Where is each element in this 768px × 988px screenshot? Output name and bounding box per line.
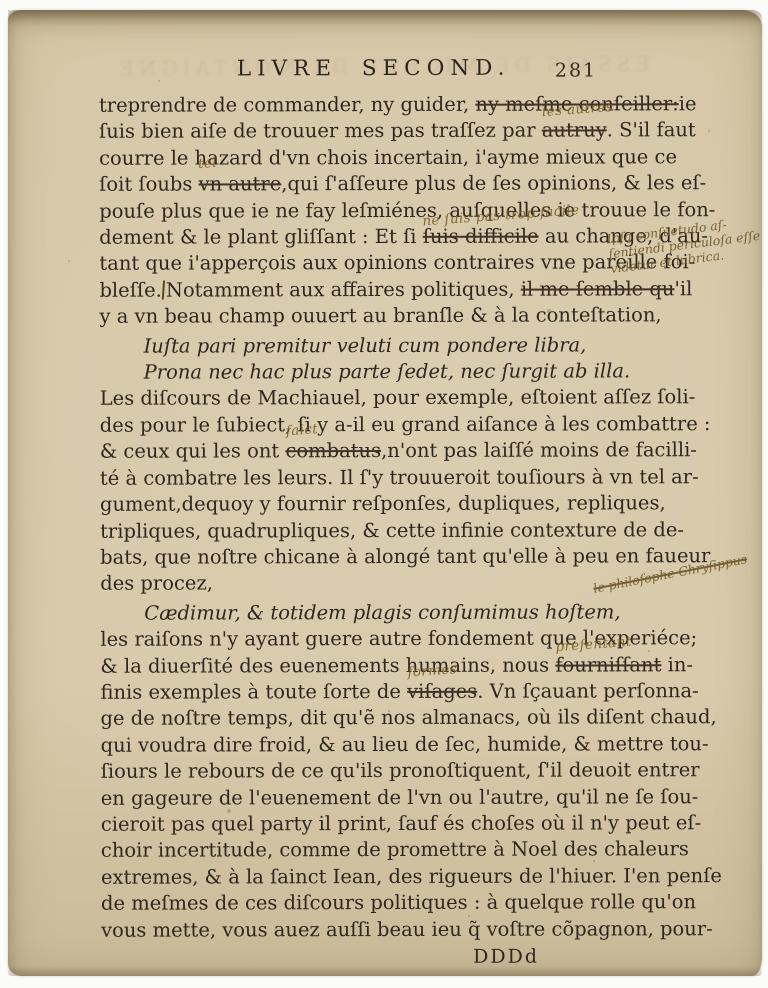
scan-viewport: ESSAIS DE MICHEL DE MONTAIGNE LIVRE SECO… xyxy=(0,0,768,988)
text-block: LIVRE SECOND. 281 treprendre de commande… xyxy=(99,49,679,971)
struck-print-text: il me ſemble qu xyxy=(521,277,675,300)
handwritten-correction: faict xyxy=(285,423,318,438)
book-page: ESSAIS DE MICHEL DE MONTAIGNE LIVRE SECO… xyxy=(8,10,762,976)
print-text: cieroit pas quel party il print, ſauf és… xyxy=(101,811,701,836)
print-text: té à combatre les leurs. Il ſ'y trouuero… xyxy=(100,465,699,490)
print-text: Cædimur, & totidem plagis conſumimus hoſ… xyxy=(144,600,620,624)
text-line: qui voudra dire froid, & au lieu de ſec,… xyxy=(101,731,679,759)
correction-anchor: combatusfaict xyxy=(285,439,381,462)
print-text: bleſſe. xyxy=(99,278,161,301)
handwritten-correction: formes xyxy=(407,663,458,680)
print-text: de meſmes de ces diſcours politiques : à… xyxy=(101,890,696,915)
struck-print-text: autruy xyxy=(542,119,607,142)
print-text: . Vn ſçauant perſonna- xyxy=(477,679,698,703)
print-text: courre le hazard d'vn chois incertain, i… xyxy=(99,145,677,170)
print-text: gument,dequoy y fournir reſponſes, dupli… xyxy=(100,491,666,515)
print-text: tant que i'apperçois aux opinions contra… xyxy=(99,251,695,276)
running-header: LIVRE SECOND. 281 xyxy=(99,49,677,93)
correction-anchor: autruyles autres xyxy=(542,119,607,142)
text-line: bleſſe.Notamment aux affaires politiques… xyxy=(99,276,677,304)
text-line: Prona nec hac plus parte ſedet, nec ſurg… xyxy=(100,358,678,386)
text-line: ſuis bien aiſe de trouuer mes pas traſſe… xyxy=(99,118,677,146)
print-text: Les diſcours de Machiauel, pour exemple,… xyxy=(100,386,696,411)
print-text: ſiours le rebours de ce qu'ils pronoſtiq… xyxy=(101,758,700,783)
print-text: & ceux qui les ont xyxy=(100,440,286,463)
print-text: ſuis bien aiſe de trouuer mes pas traſſe… xyxy=(99,119,542,143)
text-line: extremes, & à la ſainct Iean, des rigueu… xyxy=(101,863,679,891)
text-line: vous mette, vous auez auſſi beau ieu q̃ … xyxy=(101,916,679,944)
text-line: & la diuerſité des euenements humains, n… xyxy=(100,652,678,680)
print-text: finis exemples à toute ſorte de xyxy=(100,680,407,704)
print-text: Iuſta pari premitur veluti cum pondere l… xyxy=(144,333,587,357)
handwritten-correction: tel xyxy=(198,157,218,171)
print-text: des procez, xyxy=(100,572,213,595)
print-text: . S'il faut xyxy=(607,119,696,142)
print-text: ſoit ſoubs xyxy=(99,173,198,196)
print-text: treprendre de commander, ny guider, xyxy=(99,93,476,117)
print-text: ie xyxy=(679,92,697,115)
print-text: Prona nec hac plus parte ſedet, nec ſurg… xyxy=(144,359,631,383)
text-line: Cædimur, & totidem plagis conſumimus hoſ… xyxy=(100,599,678,627)
print-text: extremes, & à la ſainct Iean, des rigueu… xyxy=(101,864,722,889)
signature-mark: DDDd xyxy=(473,943,679,970)
text-line: & ceux qui les ont combatusfaict,n'ont p… xyxy=(100,438,678,466)
struck-print-text: viſages xyxy=(407,680,477,703)
text-line: courre le hazard d'vn chois incertain, i… xyxy=(99,144,677,172)
paper-speckles xyxy=(8,10,10,12)
print-text: in- xyxy=(661,653,693,676)
text-line: dement & le plant gliſſant : Et ſi ſuis … xyxy=(99,223,677,251)
print-text: vous mette, vous auez auſſi beau ieu q̃ … xyxy=(101,917,713,942)
print-text: en gageure de l'euenement de l'vn ou l'a… xyxy=(101,785,699,810)
text-line: gument,dequoy y fournir reſponſes, dupli… xyxy=(100,490,678,518)
print-text: qui voudra dire froid, & au lieu de ſec,… xyxy=(101,732,709,757)
text-line: bats, que noſtre chicane à alongé tant q… xyxy=(100,543,678,571)
text-line: Iuſta pari premitur veluti cum pondere l… xyxy=(100,332,678,360)
text-line: ſoit ſoubs vn autretel,qui ſ'aſſeure plu… xyxy=(99,170,677,198)
text-line: ge de noſtre temps, dit qu'ẽ nos almanac… xyxy=(101,705,679,733)
text-line: cieroit pas quel party il print, ſauf és… xyxy=(101,810,679,838)
print-text: & la diuerſité des euenements humains, n… xyxy=(100,653,555,677)
text-line: de meſmes de ces diſcours politiques : à… xyxy=(101,889,679,917)
correction-anchor: fourniſſantpreſentant xyxy=(555,653,661,676)
correction-anchor: viſagesformes xyxy=(407,680,477,703)
text-line: té à combatre les leurs. Il ſ'y trouuero… xyxy=(100,464,678,492)
correction-anchor: ſuis difficilene ſuis pas trop facile xyxy=(423,225,539,248)
print-text: y a vn beau champ ouuert au branſle & à … xyxy=(99,304,661,328)
print-text: 'il xyxy=(674,277,692,300)
text-line: Les diſcours de Machiauel, pour exemple,… xyxy=(100,385,678,413)
print-text: ge de noſtre temps, dit qu'ẽ nos almanac… xyxy=(101,705,717,730)
print-text: choir incertitude, comme de promettre à … xyxy=(101,838,689,863)
text-line: des pour le ſubiect, ſi y a-il eu grand … xyxy=(100,411,678,439)
page-number: 281 xyxy=(555,57,597,84)
print-text: ,qui ſ'aſſeure plus de ſes opinions, & l… xyxy=(281,171,706,195)
text-line: pouſe plus que ie ne fay leſmiénes, auſq… xyxy=(99,197,677,225)
text-line: tant que i'apperçois aux opinions contra… xyxy=(99,250,677,278)
struck-print-text: vn autre xyxy=(199,172,282,195)
text-line: ſiours le rebours de ce qu'ils pronoſtiq… xyxy=(101,757,679,785)
text-line: y a vn beau champ ouuert au branſle & à … xyxy=(99,302,677,330)
print-text: ,n'ont pas laiſſé moins de facilli- xyxy=(381,438,697,462)
correction-anchor: vn autretel xyxy=(199,172,282,195)
print-text: bats, que noſtre chicane à alongé tant q… xyxy=(100,544,710,569)
struck-print-text: combatus xyxy=(285,439,381,462)
body-text: treprendre de commander, ny guider, ny m… xyxy=(99,91,679,944)
print-text: dement & le plant gliſſant : Et ſi xyxy=(99,225,422,249)
page-title: LIVRE SECOND. xyxy=(237,56,511,83)
print-text: tripliques, quadrupliques, & cette infin… xyxy=(100,518,684,543)
text-line: tripliques, quadrupliques, & cette infin… xyxy=(100,517,678,545)
text-line: en gageure de l'euenement de l'vn ou l'a… xyxy=(101,784,679,812)
text-line: choir incertitude, comme de promettre à … xyxy=(101,837,679,865)
text-line: finis exemples à toute ſorte de viſagesf… xyxy=(100,678,678,706)
print-text: pouſe plus que ie ne fay leſmiénes, auſq… xyxy=(99,198,715,223)
struck-print-text: fourniſſant xyxy=(555,653,661,676)
print-text: Notamment aux affaires politiques, xyxy=(166,277,521,301)
print-text: des pour le ſubiect, ſi y a-il eu grand … xyxy=(100,412,711,437)
